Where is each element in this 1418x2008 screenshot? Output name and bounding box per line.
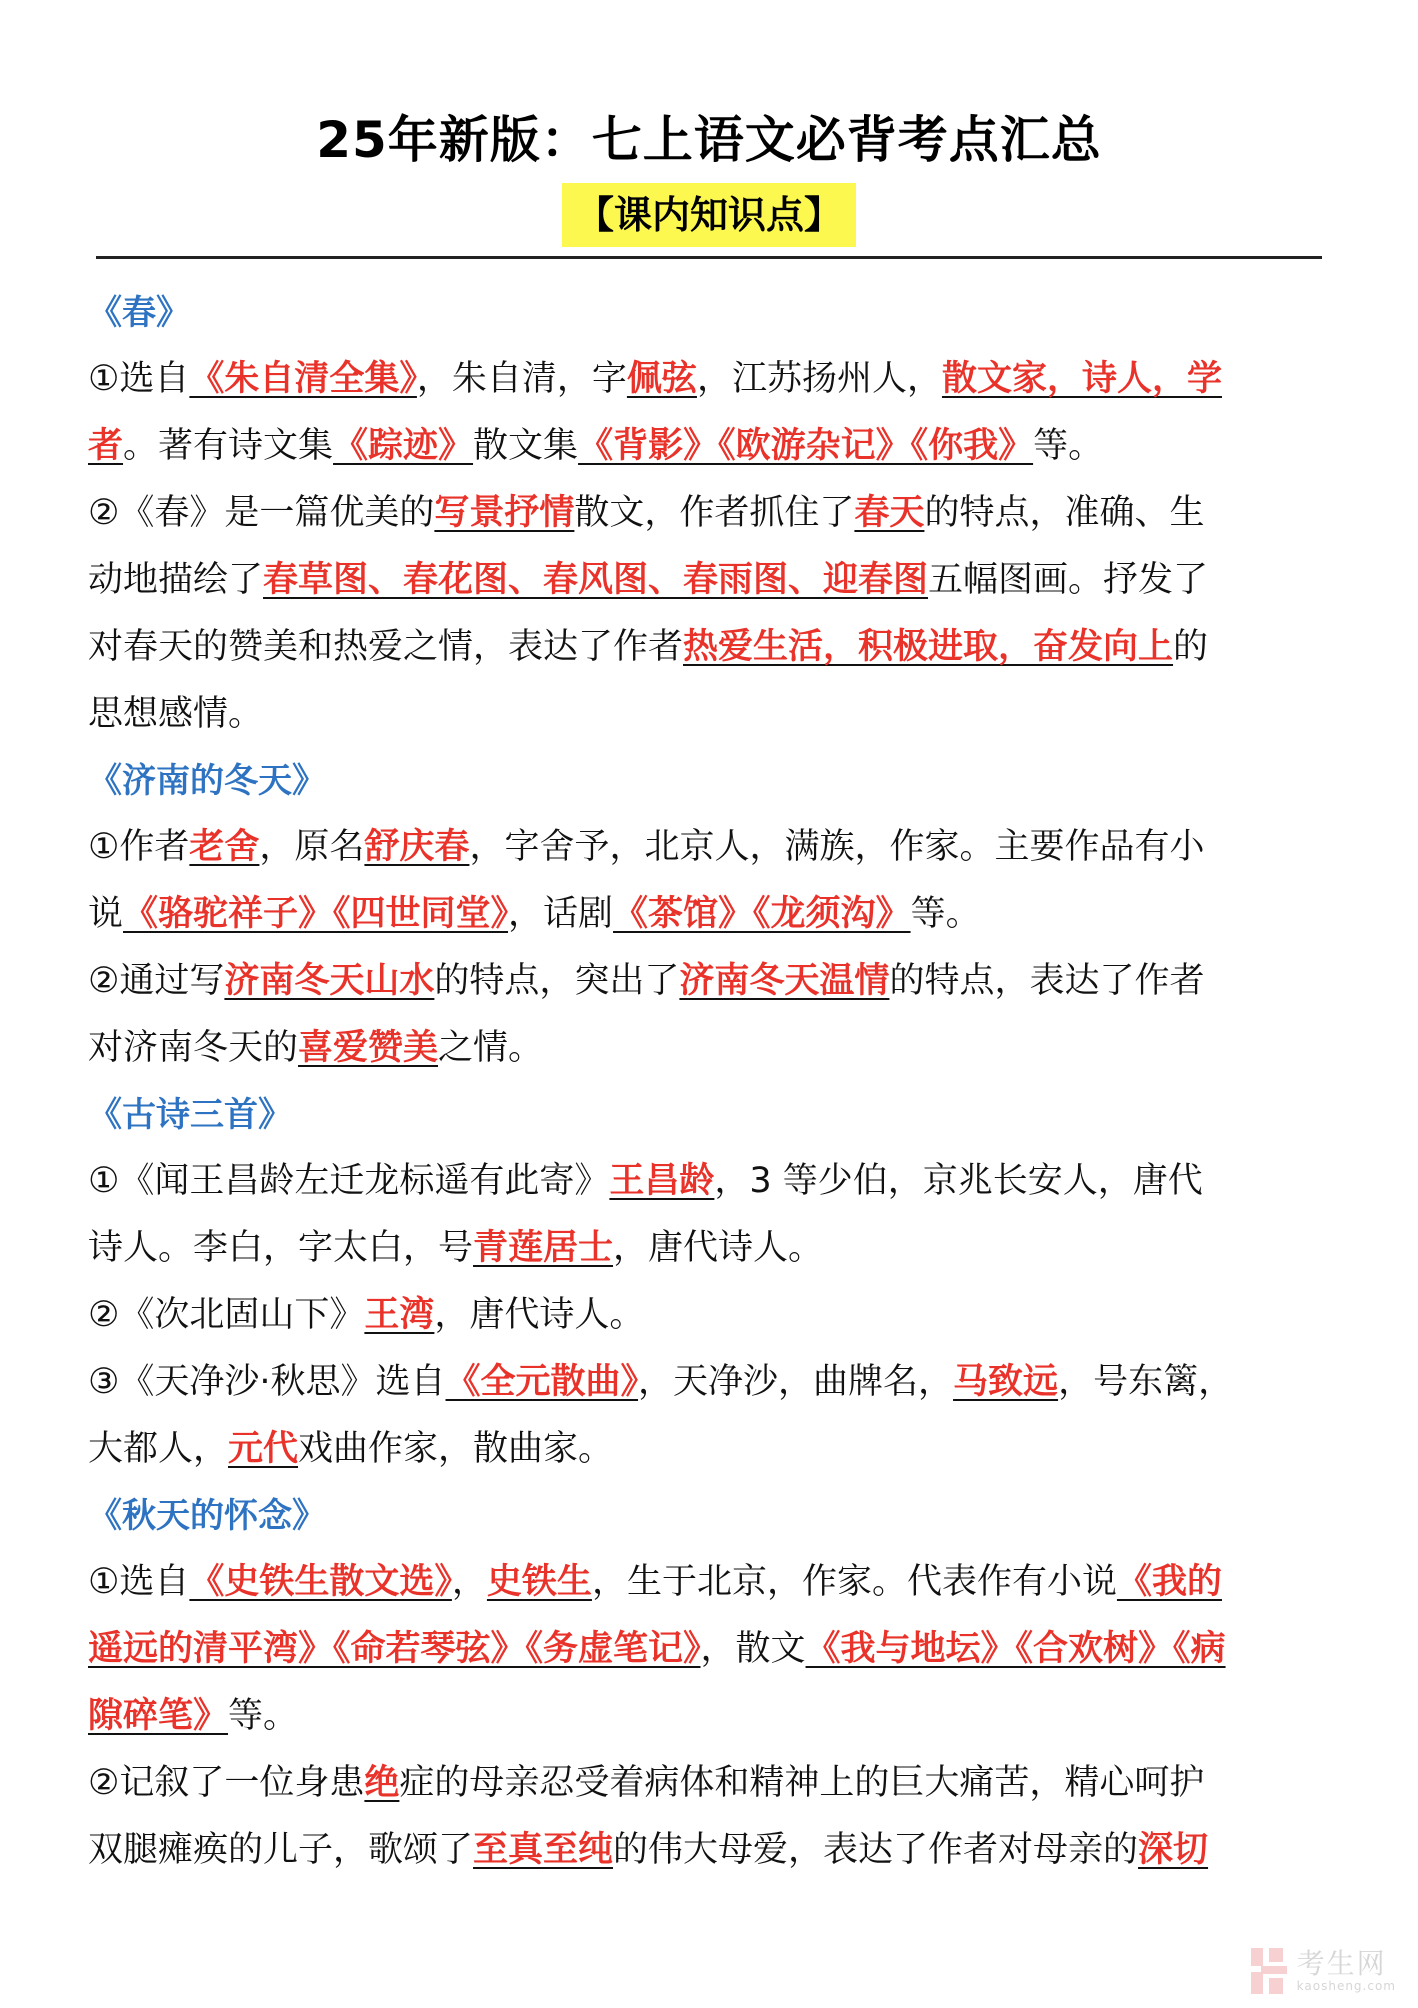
plain-text: ①选自 bbox=[88, 359, 189, 399]
key-point-highlight: 史铁生 bbox=[487, 1562, 592, 1602]
key-point-highlight: 遥远的清平湾》《命若琴弦》《务虚笔记》 bbox=[88, 1629, 701, 1669]
text-line: 双腿瘫痪的儿子，歌颂了至真至纯的伟大母爱，表达了作者对母亲的深切 bbox=[88, 1817, 1334, 1884]
key-point-highlight: 《全元散曲》 bbox=[446, 1362, 639, 1402]
plain-text: 对济南冬天的 bbox=[88, 1028, 298, 1068]
plain-text: 说 bbox=[88, 894, 123, 934]
key-point-highlight: 隙碎笔》 bbox=[88, 1696, 228, 1736]
section-body: ①选自《朱自清全集》，朱自清，字佩弦，江苏扬州人，散文家，诗人，学者。著有诗文集… bbox=[88, 346, 1334, 748]
section-title: 《春》 bbox=[88, 280, 1334, 346]
section-title: 《秋天的怀念》 bbox=[88, 1483, 1334, 1549]
plain-text: 诗人。李白，字太白，号 bbox=[88, 1228, 473, 1268]
plain-text: 散文集 bbox=[473, 426, 578, 466]
key-point-highlight: 老舍 bbox=[189, 827, 259, 867]
plain-text: 戏曲作家，散曲家。 bbox=[298, 1429, 613, 1469]
plain-text: ③《天净沙·秋思》选自 bbox=[88, 1362, 446, 1402]
plain-text: ，唐代诗人。 bbox=[613, 1228, 823, 1268]
key-point-highlight: 者 bbox=[88, 426, 123, 466]
document-body: 《春》①选自《朱自清全集》，朱自清，字佩弦，江苏扬州人，散文家，诗人，学者。著有… bbox=[88, 280, 1334, 1884]
text-line: 思想感情。 bbox=[88, 681, 1334, 748]
plain-text: 的 bbox=[1173, 627, 1208, 667]
text-line: ②《次北固山下》王湾，唐代诗人。 bbox=[88, 1282, 1334, 1349]
plain-text: ，话剧 bbox=[508, 894, 613, 934]
key-point-highlight: 《朱自清全集》 bbox=[189, 359, 417, 399]
plain-text: ， bbox=[452, 1562, 487, 1602]
plain-text: ，3 等少伯，京兆长安人，唐代 bbox=[714, 1161, 1202, 1201]
text-line: ①《闻王昌龄左迁龙标遥有此寄》王昌龄，3 等少伯，京兆长安人，唐代 bbox=[88, 1148, 1334, 1215]
plain-text: 的特点，准确、生 bbox=[924, 493, 1204, 533]
text-line: ①选自《朱自清全集》，朱自清，字佩弦，江苏扬州人，散文家，诗人，学 bbox=[88, 346, 1334, 413]
text-line: 诗人。李白，字太白，号青莲居士，唐代诗人。 bbox=[88, 1215, 1334, 1282]
text-line: ②记叙了一位身患绝症的母亲忍受着病体和精神上的巨大痛苦，精心呵护 bbox=[88, 1750, 1334, 1817]
section-body: ①作者老舍，原名舒庆春，字舍予，北京人，满族，作家。主要作品有小说《骆驼祥子》《… bbox=[88, 814, 1334, 1082]
plain-text: ①作者 bbox=[88, 827, 189, 867]
plain-text: ，江苏扬州人， bbox=[697, 359, 942, 399]
key-point-highlight: 《茶馆》《龙须沟》 bbox=[613, 894, 911, 934]
plain-text: 的特点，突出了 bbox=[434, 961, 679, 1001]
plain-text: 对春天的赞美和热爱之情，表达了作者 bbox=[88, 627, 683, 667]
plain-text: ②《春》是一篇优美的 bbox=[88, 493, 434, 533]
key-point-highlight: 舒庆春 bbox=[364, 827, 469, 867]
watermark: 考生网 kaosheng.com bbox=[1251, 1948, 1396, 1994]
plain-text: 等。 bbox=[911, 894, 981, 934]
text-line: 对济南冬天的喜爱赞美之情。 bbox=[88, 1015, 1334, 1082]
plain-text: ，天净沙，曲牌名， bbox=[638, 1362, 953, 1402]
key-point-highlight: 《骆驼祥子》《四世同堂》 bbox=[123, 894, 508, 934]
text-line: 者。著有诗文集《踪迹》散文集《背影》《欧游杂记》《你我》等。 bbox=[88, 413, 1334, 480]
watermark-domain: kaosheng.com bbox=[1297, 1979, 1396, 1993]
key-point-highlight: 王湾 bbox=[364, 1295, 434, 1335]
plain-text: ，号东篱， bbox=[1058, 1362, 1233, 1402]
key-point-highlight: 王昌龄 bbox=[609, 1161, 714, 1201]
plain-text: ，唐代诗人。 bbox=[434, 1295, 644, 1335]
key-point-highlight: 《史铁生散文选》 bbox=[189, 1562, 452, 1602]
divider bbox=[96, 256, 1322, 259]
key-point-highlight: 喜爱赞美 bbox=[298, 1028, 438, 1068]
section-badge: 【课内知识点】 bbox=[562, 183, 856, 247]
text-line: 遥远的清平湾》《命若琴弦》《务虚笔记》，散文《我与地坛》《合欢树》《病 bbox=[88, 1616, 1334, 1683]
text-line: ②《春》是一篇优美的写景抒情散文，作者抓住了春天的特点，准确、生 bbox=[88, 480, 1334, 547]
plain-text: 之情。 bbox=[438, 1028, 543, 1068]
text-line: ①作者老舍，原名舒庆春，字舍予，北京人，满族，作家。主要作品有小 bbox=[88, 814, 1334, 881]
plain-text: ，散文 bbox=[701, 1629, 806, 1669]
plain-text: 散文，作者抓住了 bbox=[574, 493, 854, 533]
kaosheng-logo-icon bbox=[1251, 1948, 1287, 1994]
key-point-highlight: 深切 bbox=[1138, 1830, 1208, 1870]
text-line: ②通过写济南冬天山水的特点，突出了济南冬天温情的特点，表达了作者 bbox=[88, 948, 1334, 1015]
plain-text: 的伟大母爱，表达了作者对母亲的 bbox=[613, 1830, 1138, 1870]
key-point-highlight: 《背影》《欧游杂记》《你我》 bbox=[578, 426, 1033, 466]
plain-text: 思想感情。 bbox=[88, 694, 263, 734]
section-title: 《济南的冬天》 bbox=[88, 748, 1334, 814]
plain-text: ②通过写 bbox=[88, 961, 224, 1001]
plain-text: ②记叙了一位身患 bbox=[88, 1763, 364, 1803]
text-line: 隙碎笔》等。 bbox=[88, 1683, 1334, 1750]
key-point-highlight: 马致远 bbox=[953, 1362, 1058, 1402]
plain-text: ②《次北固山下》 bbox=[88, 1295, 364, 1335]
section-body: ①《闻王昌龄左迁龙标遥有此寄》王昌龄，3 等少伯，京兆长安人，唐代诗人。李白，字… bbox=[88, 1148, 1334, 1483]
plain-text: 症的母亲忍受着病体和精神上的巨大痛苦，精心呵护 bbox=[399, 1763, 1204, 1803]
plain-text: ，字舍予，北京人，满族，作家。主要作品有小 bbox=[469, 827, 1204, 867]
plain-text: 等。 bbox=[228, 1696, 298, 1736]
key-point-highlight: 绝 bbox=[364, 1763, 399, 1803]
key-point-highlight: 至真至纯 bbox=[473, 1830, 613, 1870]
plain-text: ，生于北京，作家。代表作有小说 bbox=[592, 1562, 1117, 1602]
key-point-highlight: 《我与地坛》《合欢树》《病 bbox=[806, 1629, 1226, 1669]
plain-text: 大都人， bbox=[88, 1429, 228, 1469]
plain-text: ，朱自清，字 bbox=[417, 359, 627, 399]
page-title: 25年新版：七上语文必背考点汇总 bbox=[0, 100, 1418, 172]
key-point-highlight: 春草图、春花图、春风图、春雨图、迎春图 bbox=[263, 560, 928, 600]
text-line: 动地描绘了春草图、春花图、春风图、春雨图、迎春图五幅图画。抒发了 bbox=[88, 547, 1334, 614]
plain-text: 的特点，表达了作者 bbox=[889, 961, 1204, 1001]
plain-text: ①《闻王昌龄左迁龙标遥有此寄》 bbox=[88, 1161, 609, 1201]
key-point-highlight: 《我的 bbox=[1117, 1562, 1222, 1602]
text-line: ①选自《史铁生散文选》，史铁生，生于北京，作家。代表作有小说《我的 bbox=[88, 1549, 1334, 1616]
plain-text: 。著有诗文集 bbox=[123, 426, 333, 466]
key-point-highlight: 佩弦 bbox=[627, 359, 697, 399]
key-point-highlight: 济南冬天山水 bbox=[224, 961, 434, 1001]
text-line: 大都人，元代戏曲作家，散曲家。 bbox=[88, 1416, 1334, 1483]
key-point-highlight: 春天 bbox=[854, 493, 924, 533]
plain-text: 等。 bbox=[1033, 426, 1103, 466]
section-body: ①选自《史铁生散文选》，史铁生，生于北京，作家。代表作有小说《我的遥远的清平湾》… bbox=[88, 1549, 1334, 1884]
key-point-highlight: 元代 bbox=[228, 1429, 298, 1469]
key-point-highlight: 散文家，诗人，学 bbox=[942, 359, 1222, 399]
watermark-name: 考生网 bbox=[1297, 1949, 1396, 1979]
section-title: 《古诗三首》 bbox=[88, 1082, 1334, 1148]
text-line: 说《骆驼祥子》《四世同堂》，话剧《茶馆》《龙须沟》等。 bbox=[88, 881, 1334, 948]
key-point-highlight: 写景抒情 bbox=[434, 493, 574, 533]
key-point-highlight: 热爱生活，积极进取，奋发向上 bbox=[683, 627, 1173, 667]
badge-container: 【课内知识点】 bbox=[0, 183, 1418, 247]
key-point-highlight: 济南冬天温情 bbox=[679, 961, 889, 1001]
text-line: ③《天净沙·秋思》选自《全元散曲》，天净沙，曲牌名，马致远，号东篱， bbox=[88, 1349, 1334, 1416]
key-point-highlight: 《踪迹》 bbox=[333, 426, 473, 466]
plain-text: ，原名 bbox=[259, 827, 364, 867]
text-line: 对春天的赞美和热爱之情，表达了作者热爱生活，积极进取，奋发向上的 bbox=[88, 614, 1334, 681]
plain-text: 动地描绘了 bbox=[88, 560, 263, 600]
key-point-highlight: 青莲居士 bbox=[473, 1228, 613, 1268]
plain-text: ①选自 bbox=[88, 1562, 189, 1602]
plain-text: 五幅图画。抒发了 bbox=[928, 560, 1208, 600]
plain-text: 双腿瘫痪的儿子，歌颂了 bbox=[88, 1830, 473, 1870]
